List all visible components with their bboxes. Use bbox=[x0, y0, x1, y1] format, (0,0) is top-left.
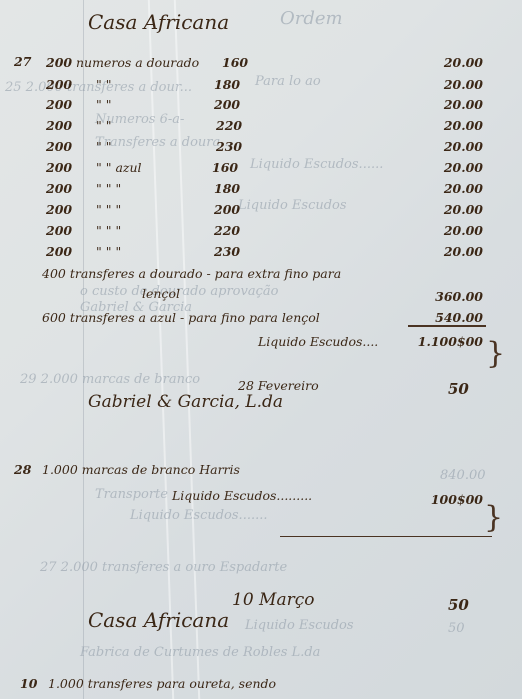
entry-text: 1.000 marcas de branco Harris bbox=[42, 462, 240, 477]
section-date: 10 Março bbox=[232, 590, 314, 610]
line-item-amount: 540.00 bbox=[393, 310, 483, 325]
line-item-amount: 360.00 bbox=[393, 289, 483, 304]
bleed-text: Liquido Escudos bbox=[238, 198, 347, 213]
entry-desc: " " bbox=[96, 97, 111, 112]
entry-amount: 20.00 bbox=[393, 223, 483, 238]
entry-amount: 20.00 bbox=[393, 77, 483, 92]
entry-desc: " " " bbox=[96, 244, 121, 259]
entry-date: 27 bbox=[14, 54, 31, 69]
brace-mark: } bbox=[484, 500, 503, 535]
entry-number: 220 bbox=[216, 118, 242, 133]
bleed-text: Liquido Escudos bbox=[245, 618, 354, 633]
section-heading: Casa Africana bbox=[88, 10, 229, 34]
entry-qty: 200 bbox=[46, 244, 72, 259]
total-label: Liquido Escudos......... bbox=[172, 488, 312, 503]
section-heading: Casa Africana bbox=[88, 608, 229, 632]
bleed-text: Liquido Escudos...... bbox=[250, 157, 383, 172]
entry-number: 160 bbox=[212, 160, 238, 175]
entry-amount: 20.00 bbox=[393, 55, 483, 70]
paper-crease bbox=[174, 0, 200, 699]
entry-number: 230 bbox=[214, 244, 240, 259]
entry-number: 180 bbox=[214, 77, 240, 92]
bleed-text: Fabrica de Curtumes de Robles L.da bbox=[80, 645, 320, 660]
entry-qty: 200 bbox=[46, 77, 72, 92]
total-amount: 100$00 bbox=[393, 492, 483, 507]
margin-rule bbox=[83, 0, 84, 699]
bleed-text: Ordem bbox=[280, 8, 343, 29]
entry-amount: 20.00 bbox=[393, 181, 483, 196]
total-label: Liquido Escudos.... bbox=[258, 334, 378, 349]
entry-amount: 20.00 bbox=[393, 139, 483, 154]
bleed-text: Para lo ao bbox=[255, 74, 321, 89]
bleed-text: 29 2.000 marcas de branco bbox=[20, 372, 200, 387]
bleed-text: Transporte bbox=[95, 487, 168, 502]
brace-mark: } bbox=[486, 336, 505, 371]
entry-amount: 20.00 bbox=[393, 118, 483, 133]
entry-desc: " " azul bbox=[96, 160, 142, 175]
entry-desc: " " bbox=[96, 139, 111, 154]
entry-date: 28 bbox=[14, 462, 31, 477]
entry-qty: 200 bbox=[46, 139, 72, 154]
entry-qty: 200 bbox=[46, 202, 72, 217]
entry-desc: " " " bbox=[96, 202, 121, 217]
entry-qty: 200 bbox=[46, 223, 72, 238]
section-date: 28 Fevereiro bbox=[238, 378, 319, 393]
entry-qty: 200 bbox=[46, 181, 72, 196]
entry-qty: 200 bbox=[46, 160, 72, 175]
entry-amount: 20.00 bbox=[393, 97, 483, 112]
entry-qty: 200 bbox=[46, 55, 72, 70]
entry-desc: " " bbox=[96, 118, 111, 133]
entry-desc: numeros a dourado bbox=[76, 55, 199, 70]
ledger-page: Ordem Para lo ao 25 2.000 transferes a d… bbox=[0, 0, 522, 699]
entry-number: 220 bbox=[214, 223, 240, 238]
entry-qty: 200 bbox=[46, 97, 72, 112]
subtotal-rule bbox=[408, 325, 486, 327]
bleed-text: 27 2.000 transferes a ouro Espadarte bbox=[40, 560, 287, 575]
entry-amount: 20.00 bbox=[393, 244, 483, 259]
total-amount: 1.100$00 bbox=[393, 334, 483, 349]
entry-number: 200 bbox=[214, 97, 240, 112]
entry-number: 180 bbox=[214, 181, 240, 196]
bleed-text: Liquido Escudos....... bbox=[130, 508, 267, 523]
bleed-text: 50 bbox=[448, 621, 465, 636]
entry-number: 160 bbox=[222, 55, 248, 70]
entry-date: 10 bbox=[20, 676, 37, 691]
section-rule bbox=[280, 536, 492, 537]
entry-number: 200 bbox=[214, 202, 240, 217]
line-item-text: 400 transferes a dourado - para extra fi… bbox=[42, 266, 341, 281]
entry-number: 230 bbox=[216, 139, 242, 154]
line-item-text: 600 transferes a azul - para fino para l… bbox=[42, 310, 320, 325]
entry-desc: " " bbox=[96, 77, 111, 92]
line-item-cont: lençol bbox=[142, 286, 180, 301]
section-year: 50 bbox=[448, 380, 469, 398]
entry-amount: 20.00 bbox=[393, 160, 483, 175]
entry-qty: 200 bbox=[46, 118, 72, 133]
entry-desc: " " " bbox=[96, 223, 121, 238]
entry-desc: " " " bbox=[96, 181, 121, 196]
entry-amount: 20.00 bbox=[393, 202, 483, 217]
section-year: 50 bbox=[448, 596, 469, 614]
bleed-text: 840.00 bbox=[440, 468, 486, 483]
entry-text: 1.000 transferes para oureta, sendo bbox=[48, 676, 276, 691]
paper-crease bbox=[148, 0, 174, 699]
bleed-text: Transferes a doura... bbox=[95, 135, 233, 150]
section-heading: Gabriel & Garcia, L.da bbox=[88, 392, 283, 412]
